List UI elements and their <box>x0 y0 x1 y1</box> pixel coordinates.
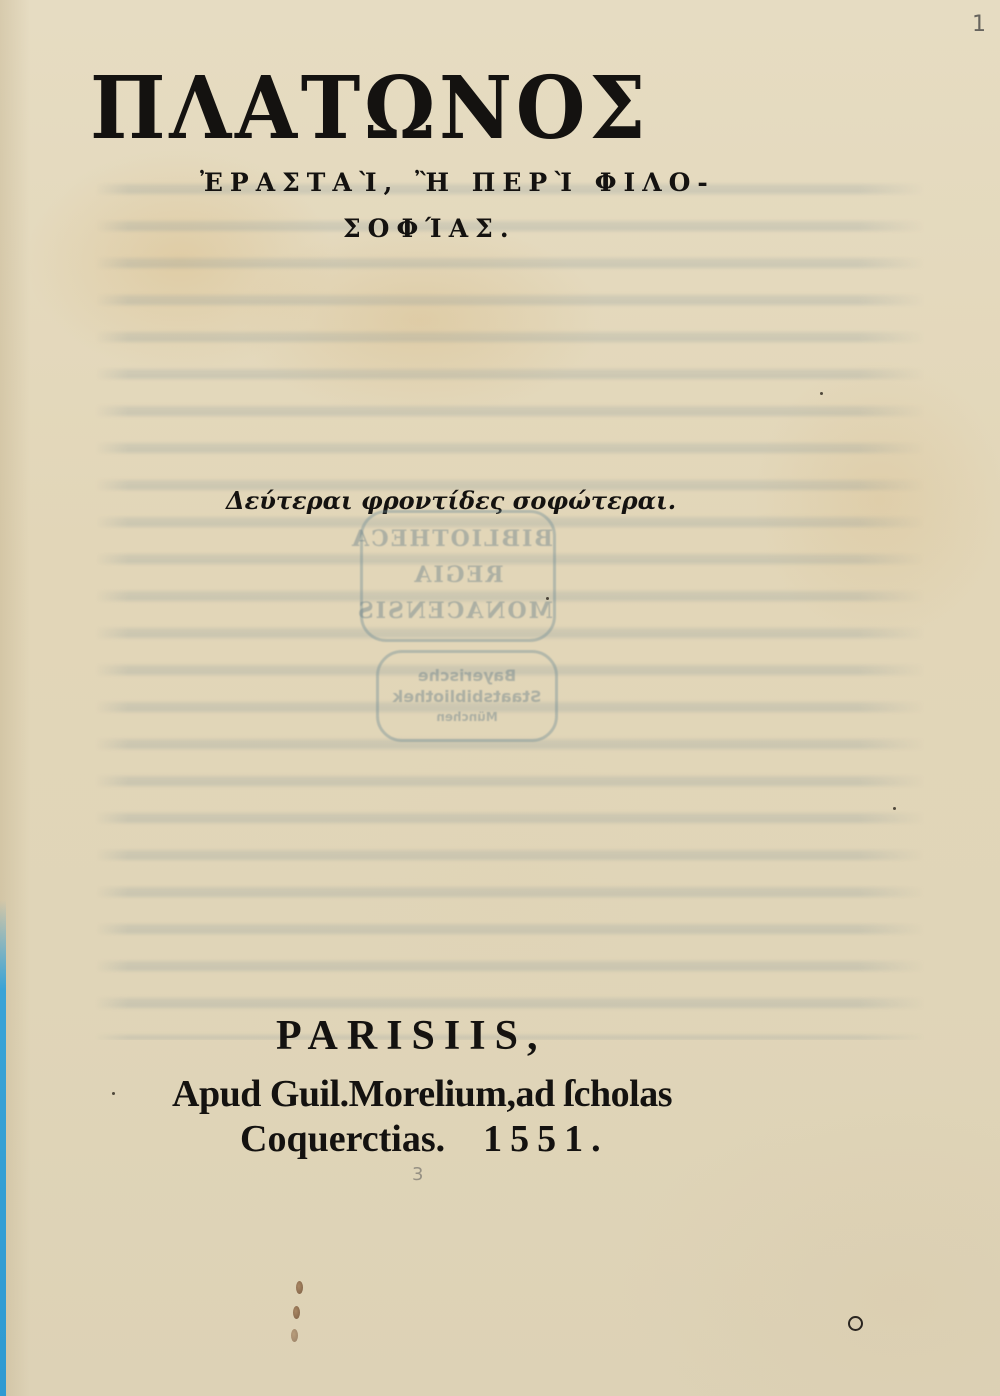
stamp-line: BIBLIOTHECA <box>363 521 553 557</box>
library-stamp-upper: BIBLIOTHECA REGIA MONACENSIS <box>360 510 556 642</box>
imprint-address: Coquerctias. <box>240 1118 445 1160</box>
subtitle-line-1: ἘΡΑΣΤΑῚ, Ἢ ΠΕΡῚ ΦΙΛΟ- <box>200 168 715 197</box>
stamp-line: REGIA <box>363 557 553 593</box>
scan-background-edge <box>0 900 6 1396</box>
ink-speck <box>820 392 823 395</box>
library-stamp-lower: Bayerische Staatsbibliothek München <box>376 650 558 742</box>
folio-mark: 1 <box>972 12 986 37</box>
imprint-year: 1551. <box>483 1118 609 1160</box>
pencil-mark: 3 <box>412 1164 423 1185</box>
imprint-place: PARISIIS, <box>276 1012 546 1060</box>
ink-speck <box>893 807 896 810</box>
worm-hole <box>291 1329 298 1342</box>
ink-speck <box>633 1100 636 1103</box>
ink-speck <box>546 597 549 600</box>
worm-hole <box>296 1281 303 1294</box>
stamp-line: MONACENSIS <box>363 593 553 629</box>
imprint-publisher: Apud Guil.Morelium,ad ſcholas <box>172 1072 672 1116</box>
book-title: ΠΛΑΤΩΝΟΣ <box>90 66 649 152</box>
subtitle-line-2: ΣΟΦΊΑΣ. <box>343 214 516 243</box>
imprint-address-year: Coquerctias.1551. <box>240 1117 609 1161</box>
paper-ring-mark <box>848 1316 863 1331</box>
stamp-line: Bayerische <box>379 665 555 686</box>
stamp-line: Staatsbibliothek <box>379 686 555 707</box>
ink-speck <box>112 1092 115 1095</box>
stamp-line: München <box>379 707 555 728</box>
scanned-page: 1 ΠΛΑΤΩΝΟΣ ἘΡΑΣΤΑῚ, Ἢ ΠΕΡῚ ΦΙΛΟ- ΣΟΦΊΑΣ.… <box>0 0 1000 1396</box>
worm-hole <box>293 1306 300 1319</box>
